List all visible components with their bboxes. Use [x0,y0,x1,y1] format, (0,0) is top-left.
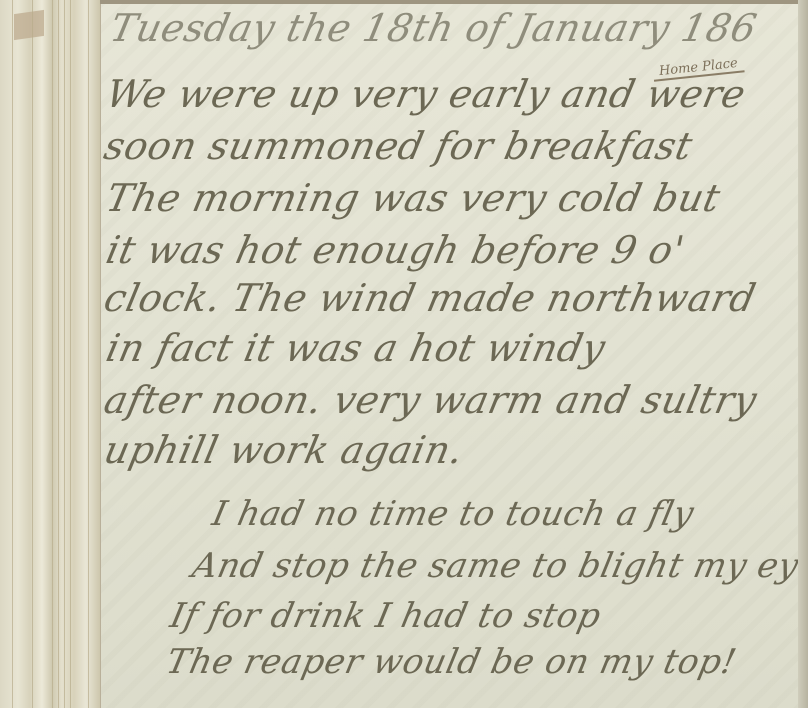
page-edge-line [64,0,65,708]
verse-line: If for drink I had to stop [167,596,605,636]
prose-line: The morning was very cold but [102,176,724,220]
page-edge-line [12,0,13,708]
verse-line: And stop the same to blight my eye [189,546,808,586]
page-edge-line [70,0,71,708]
prose-line: soon summoned for breakfast [100,124,696,168]
prose-line: clock. The wind made northward [100,276,760,320]
page-edge-line [32,0,33,708]
prose-line: We were up very early and were [102,72,749,116]
book-page-edges [0,0,100,708]
page-top-shadow [100,0,808,4]
diary-page: Tuesday the 18th of January 186 Home Pla… [100,0,808,708]
prose-line: after noon. very warm and sultry [100,378,761,422]
page-tab [14,10,44,40]
page-edge-line [58,0,59,708]
page-edge-line [52,0,53,708]
facing-page-edge [798,0,808,708]
prose-line: uphill work again. [100,428,467,472]
prose-line: it was hot enough before 9 o' [102,228,688,272]
date-heading: Tuesday the 18th of January 186 [106,6,760,50]
verse-line: I had no time to touch a fly [209,494,698,534]
prose-line: in fact it was a hot windy [102,326,609,370]
verse-line: The reaper would be on my top! [163,642,740,682]
page-edge-line [88,0,89,708]
